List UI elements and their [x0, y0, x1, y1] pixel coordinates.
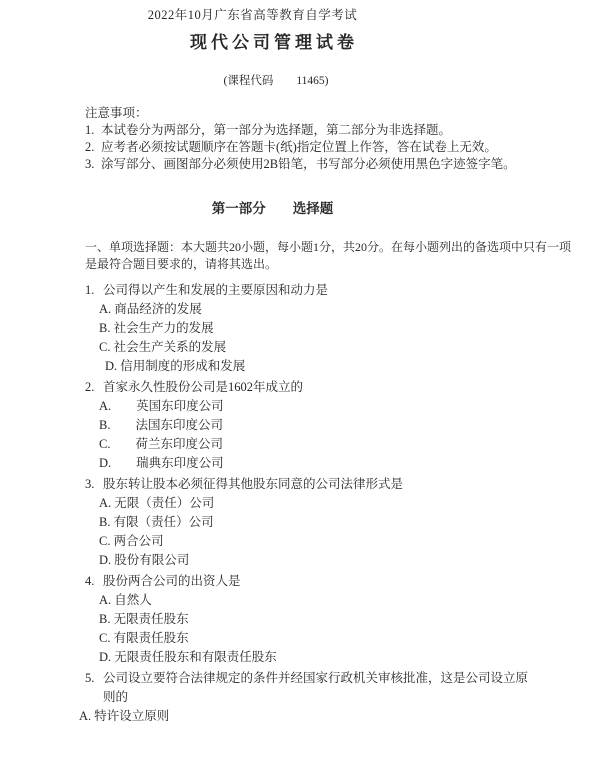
question-stem: 股东转让股本必须征得其他股东同意的公司法律形式是 [103, 475, 563, 494]
question-number: 5. [85, 669, 103, 688]
notes-section: 注意事项： 1. 本试卷分为两部分，第一部分为选择题，第二部分为非选择题。 2.… [85, 105, 575, 173]
question-2: 2. 首家永久性股份公司是1602年成立的 A. 英国东印度公司 B. 法国东印… [85, 378, 563, 473]
option-b: B. 社会生产力的发展 [99, 319, 563, 338]
question-5: 5. 公司设立要符合法律规定的条件并经国家行政机关审核批准，这是公司设立原则的 … [85, 669, 563, 726]
note-number: 2. [85, 139, 101, 156]
option-d: D. 无限责任股东和有限责任股东 [99, 648, 563, 667]
question-stem: 公司设立要符合法律规定的条件并经国家行政机关审核批准，这是公司设立原则的 [103, 669, 533, 707]
exam-session-title: 2022年10月广东省高等教育自学考试 [0, 5, 505, 23]
question-list: 1. 公司得以产生和发展的主要原因和动力是 A. 商品经济的发展 B. 社会生产… [85, 281, 563, 726]
note-text: 本试卷分为两部分，第一部分为选择题，第二部分为非选择题。 [101, 122, 575, 139]
note-number: 3. [85, 156, 101, 173]
question-stem: 公司得以产生和发展的主要原因和动力是 [103, 281, 563, 300]
option-a: A. 自然人 [99, 591, 563, 610]
paper-title: 现代公司管理试卷 [0, 28, 548, 53]
option-d: D. 股份有限公司 [99, 551, 563, 570]
option-a: A. 无限（责任）公司 [99, 494, 563, 513]
question-number: 3. [85, 475, 103, 494]
option-c: C. 有限责任股东 [99, 629, 563, 648]
question-stem: 首家永久性股份公司是1602年成立的 [103, 378, 563, 397]
question-stem-row: 5. 公司设立要符合法律规定的条件并经国家行政机关审核批准，这是公司设立原则的 [85, 669, 563, 707]
question-stem-row: 2. 首家永久性股份公司是1602年成立的 [85, 378, 563, 397]
question-3: 3. 股东转让股本必须征得其他股东同意的公司法律形式是 A. 无限（责任）公司 … [85, 475, 563, 570]
question-stem-row: 4. 股份两合公司的出资人是 [85, 572, 563, 591]
question-1: 1. 公司得以产生和发展的主要原因和动力是 A. 商品经济的发展 B. 社会生产… [85, 281, 563, 376]
note-text: 涂写部分、画图部分必须使用2B铅笔，书写部分必须使用黑色字迹签字笔。 [101, 156, 575, 173]
question-4: 4. 股份两合公司的出资人是 A. 自然人 B. 无限责任股东 C. 有限责任股… [85, 572, 563, 667]
exam-paper-page: 2022年10月广东省高等教育自学考试 现代公司管理试卷 (课程代码 11465… [0, 0, 596, 762]
option-a: A. 特许设立原则 [79, 707, 563, 726]
note-number: 1. [85, 122, 101, 139]
option-d: D. 瑞典东印度公司 [99, 454, 563, 473]
question-stem-row: 3. 股东转让股本必须征得其他股东同意的公司法律形式是 [85, 475, 563, 494]
course-code: (课程代码 11465) [0, 72, 552, 88]
option-b: B. 法国东印度公司 [99, 416, 563, 435]
option-b: B. 无限责任股东 [99, 610, 563, 629]
option-b: B. 有限（责任）公司 [99, 513, 563, 532]
note-item: 2. 应考者必须按试题顺序在答题卡(纸)指定位置上作答，答在试卷上无效。 [85, 139, 575, 156]
option-a: A. 英国东印度公司 [99, 397, 563, 416]
notes-label: 注意事项： [85, 105, 575, 122]
question-number: 4. [85, 572, 103, 591]
part-one-heading: 第一部分 选择题 [0, 197, 545, 217]
note-item: 3. 涂写部分、画图部分必须使用2B铅笔，书写部分必须使用黑色字迹签字笔。 [85, 156, 575, 173]
note-text: 应考者必须按试题顺序在答题卡(纸)指定位置上作答，答在试卷上无效。 [101, 139, 575, 156]
question-stem-row: 1. 公司得以产生和发展的主要原因和动力是 [85, 281, 563, 300]
question-stem: 股份两合公司的出资人是 [103, 572, 563, 591]
option-a: A. 商品经济的发展 [99, 300, 563, 319]
question-number: 1. [85, 281, 103, 300]
note-item: 1. 本试卷分为两部分，第一部分为选择题，第二部分为非选择题。 [85, 122, 575, 139]
option-c: C. 社会生产关系的发展 [99, 338, 563, 357]
option-d: D. 信用制度的形成和发展 [105, 357, 563, 376]
single-choice-instructions: 一、单项选择题：本大题共20小题，每小题1分，共20分。在每小题列出的备选项中只… [85, 239, 581, 272]
notes-label-row: 注意事项： [85, 105, 575, 122]
option-c: C. 荷兰东印度公司 [99, 435, 563, 454]
option-c: C. 两合公司 [99, 532, 563, 551]
question-number: 2. [85, 378, 103, 397]
